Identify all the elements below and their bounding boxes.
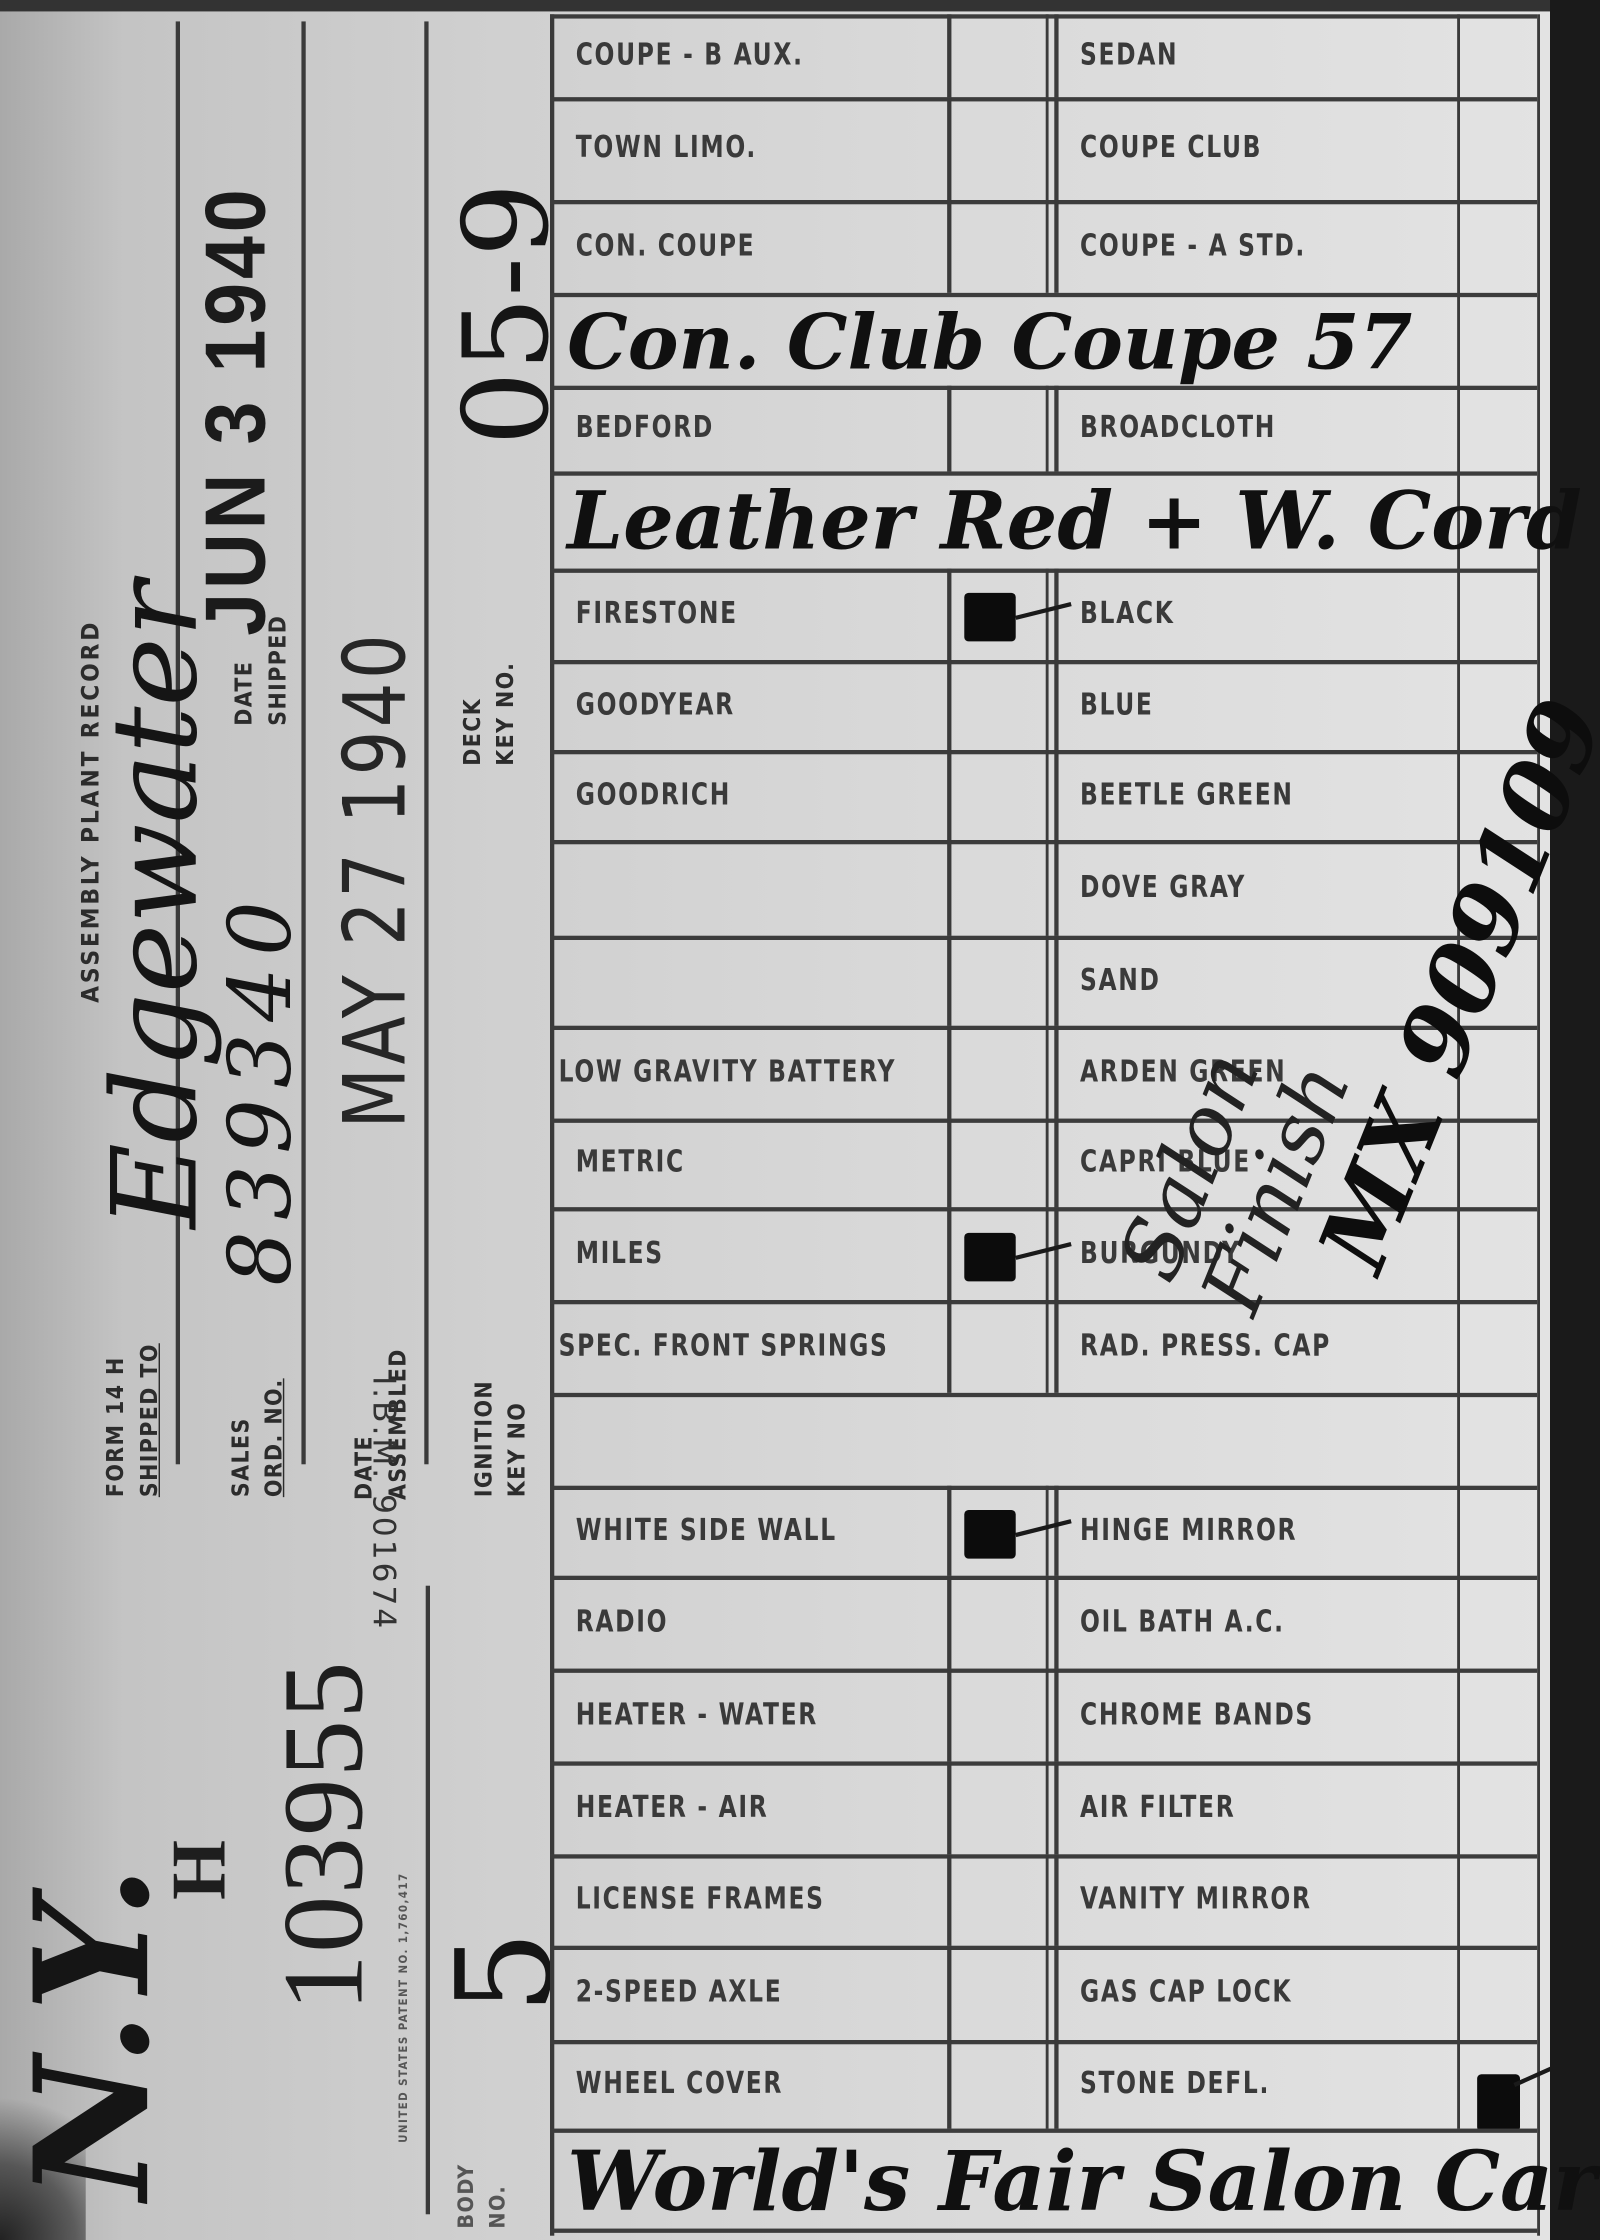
handwritten-row-note: World's Fair Salon Car over <box>567 2131 1600 2231</box>
option-left-checkbox[interactable] <box>953 1123 1046 1203</box>
option-left-label: LICENSE FRAMES <box>576 1881 825 1915</box>
grid-row: WHEEL COVERSTONE DEFL. <box>550 2040 1537 2129</box>
option-left-checkbox[interactable] <box>953 101 1046 195</box>
option-left-checkbox[interactable] <box>953 940 1046 1021</box>
option-right-checkbox[interactable] <box>1463 1950 1534 2036</box>
option-right-checkbox[interactable] <box>1463 101 1534 195</box>
option-right-label: AIR FILTER <box>1080 1789 1235 1823</box>
option-left-checkbox[interactable] <box>953 204 1046 288</box>
grid-row: HEATER - AIRAIR FILTER <box>550 1761 1537 1854</box>
option-left-checkbox[interactable] <box>953 844 1046 931</box>
grid-row-rule <box>550 1393 1537 1397</box>
option-left-checkbox[interactable] <box>953 754 1046 835</box>
option-right-label: SEDAN <box>1080 37 1178 71</box>
sales-order-value: 839340 <box>211 890 311 1286</box>
option-left-checkbox[interactable] <box>953 19 1046 93</box>
option-right-label: SAND <box>1080 962 1161 996</box>
option-left-checkbox[interactable] <box>953 1304 1046 1388</box>
option-right-label: OIL BATH A.C. <box>1080 1604 1285 1638</box>
option-left-label: WHITE SIDE WALL <box>576 1512 837 1546</box>
ibm-number: I.B.M. 901674 <box>365 1332 401 1675</box>
form-label: FORM 14 H <box>103 1356 127 1497</box>
check-tick-stroke <box>1015 602 1071 620</box>
option-right-label: BLACK <box>1080 596 1175 630</box>
sales-label-2: ORD. NO. <box>261 1378 285 1497</box>
check-tick-stroke <box>1015 1241 1071 1259</box>
body-no-label-1: BODY <box>454 2163 477 2228</box>
option-left-label: HEATER - WATER <box>576 1696 818 1730</box>
option-right-label: DOVE GRAY <box>1080 869 1246 903</box>
card-right-edge <box>1550 0 1600 2240</box>
option-right-checkbox[interactable] <box>1463 1211 1534 1295</box>
check-tick-stroke <box>1015 1518 1071 1536</box>
date-assembled-value: MAY 27 1940 <box>326 631 426 1129</box>
grid-row: GOODRICHBEETLE GREEN <box>550 750 1537 840</box>
option-right-label: BLUE <box>1080 686 1154 720</box>
body-no-label-2: NO. <box>486 2185 509 2229</box>
grid-row: HEATER - WATERCHROME BANDS <box>550 1669 1537 1762</box>
option-right-checkbox[interactable] <box>1463 1490 1534 1571</box>
option-left-label: RADIO <box>576 1604 669 1638</box>
option-left-label: GOODYEAR <box>576 686 735 720</box>
option-left-checkbox[interactable] <box>953 1580 1046 1664</box>
card-top-edge <box>0 0 1550 11</box>
handwritten-row-note: Leather Red + W. Cord <box>567 474 1582 571</box>
grid-row: GOODYEARBLUE <box>550 660 1537 750</box>
grid-row: BEDFORDBROADCLOTH <box>550 386 1537 472</box>
ignition-key-label-2: KEY NO <box>504 1402 528 1497</box>
handwritten-row-note: Con. Club Coupe 57 <box>567 296 1412 389</box>
date-shipped-label-1: DATE <box>231 661 255 726</box>
grid-right-border <box>1537 14 1540 2235</box>
grid-row: RADIOOIL BATH A.C. <box>550 1576 1537 1669</box>
ignition-key-label-1: IGNITION <box>471 1380 495 1497</box>
option-right-label: VANITY MIRROR <box>1080 1881 1312 1915</box>
option-right-checkbox[interactable] <box>1463 1304 1534 1388</box>
option-right-checkbox[interactable] <box>1463 573 1534 656</box>
option-left-label: BEDFORD <box>576 410 714 444</box>
grid-row: LICENSE FRAMESVANITY MIRROR <box>550 1854 1537 1945</box>
option-left-label: LOW GRAVITY BATTERY <box>559 1054 897 1088</box>
option-left-checkbox[interactable] <box>953 1673 1046 1757</box>
shipped-to-label: SHIPPED TO <box>137 1343 161 1497</box>
grid-row: 2-SPEED AXLEGAS CAP LOCK <box>550 1946 1537 2040</box>
option-right-label: HINGE MIRROR <box>1080 1512 1297 1546</box>
date-shipped-value: JUN 3 1940 <box>186 185 285 635</box>
option-left-checkbox[interactable] <box>953 664 1046 745</box>
option-left-checkbox[interactable] <box>953 390 1046 467</box>
option-right-label: STONE DEFL. <box>1080 2066 1270 2100</box>
option-right-label: COUPE - A STD. <box>1080 228 1306 262</box>
option-right-checkbox[interactable] <box>1463 1859 1534 1942</box>
option-left-label: 2-SPEED AXLE <box>576 1974 783 2008</box>
option-left-checkbox[interactable] <box>953 1950 1046 2036</box>
check-mark-icon <box>964 1232 1015 1281</box>
option-left-checkbox[interactable] <box>953 1211 1046 1295</box>
deck-key-label-1: DECK <box>460 698 484 766</box>
grid-row: WHITE SIDE WALLHINGE MIRROR <box>550 1486 1537 1576</box>
grid-row: FIRESTONEBLACK <box>550 569 1537 660</box>
document-stage: FORM 14 H SHIPPED TO ASSEMBLY PLANT RECO… <box>0 0 1600 2240</box>
option-left-label: HEATER - AIR <box>576 1789 769 1823</box>
grid-row: DOVE GRAY <box>550 840 1537 936</box>
option-right-label: GAS CAP LOCK <box>1080 1974 1292 2008</box>
option-left-label: COUPE - B AUX. <box>576 37 804 71</box>
option-left-label: FIRESTONE <box>576 596 738 630</box>
option-left-checkbox[interactable] <box>953 1859 1046 1942</box>
serial-number: 103955 <box>260 1660 390 2011</box>
shipped-to-value: Edgewater <box>89 581 225 1228</box>
option-right-checkbox[interactable] <box>1463 19 1534 93</box>
option-left-checkbox[interactable] <box>953 1766 1046 1850</box>
grid-row: COUPE - B AUX.SEDAN <box>550 14 1537 97</box>
option-right-label: BEETLE GREEN <box>1080 776 1294 810</box>
grid-row: SPEC. FRONT SPRINGSRAD. PRESS. CAP <box>550 1300 1537 1393</box>
option-left-checkbox[interactable] <box>953 573 1046 656</box>
grid-bottom-rule <box>550 2229 1537 2233</box>
check-mark-icon <box>964 1509 1015 1558</box>
option-right-checkbox[interactable] <box>1463 2044 1534 2124</box>
option-left-label: MILES <box>576 1235 664 1269</box>
option-left-label: WHEEL COVER <box>576 2066 783 2100</box>
option-left-label: GOODRICH <box>576 776 731 810</box>
check-mark-icon <box>964 593 1015 642</box>
initials-handwritten: N.Y. <box>0 1865 184 2200</box>
option-right-checkbox[interactable] <box>1463 1123 1534 1203</box>
grid-row: CON. COUPECOUPE - A STD. <box>550 200 1537 293</box>
option-left-label: METRIC <box>576 1144 685 1178</box>
option-left-checkbox[interactable] <box>953 1490 1046 1571</box>
option-left-checkbox[interactable] <box>953 2044 1046 2124</box>
option-right-checkbox[interactable] <box>1463 1673 1534 1757</box>
patent-text: UNITED STATES PATENT NO. 1,760,417 <box>397 1872 410 2142</box>
deck-key-label-2: KEY NO. <box>493 662 517 766</box>
option-right-label: CHROME BANDS <box>1080 1696 1314 1730</box>
header-rule-4 <box>426 1586 430 2215</box>
option-left-label: SPEC. FRONT SPRINGS <box>559 1328 889 1362</box>
option-right-checkbox[interactable] <box>1463 204 1534 288</box>
grid-row: TOWN LIMO.COUPE CLUB <box>550 97 1537 200</box>
option-left-label: TOWN LIMO. <box>576 130 757 164</box>
option-right-checkbox[interactable] <box>1463 390 1534 467</box>
option-right-label: COUPE CLUB <box>1080 130 1262 164</box>
option-right-label: BROADCLOTH <box>1080 410 1276 444</box>
option-right-checkbox[interactable] <box>1463 1766 1534 1850</box>
sales-label-1: SALES <box>229 1417 253 1497</box>
option-left-checkbox[interactable] <box>953 1030 1046 1114</box>
option-right-label: RAD. PRESS. CAP <box>1080 1328 1331 1362</box>
option-left-label: CON. COUPE <box>576 228 756 262</box>
option-right-checkbox[interactable] <box>1463 1580 1534 1664</box>
